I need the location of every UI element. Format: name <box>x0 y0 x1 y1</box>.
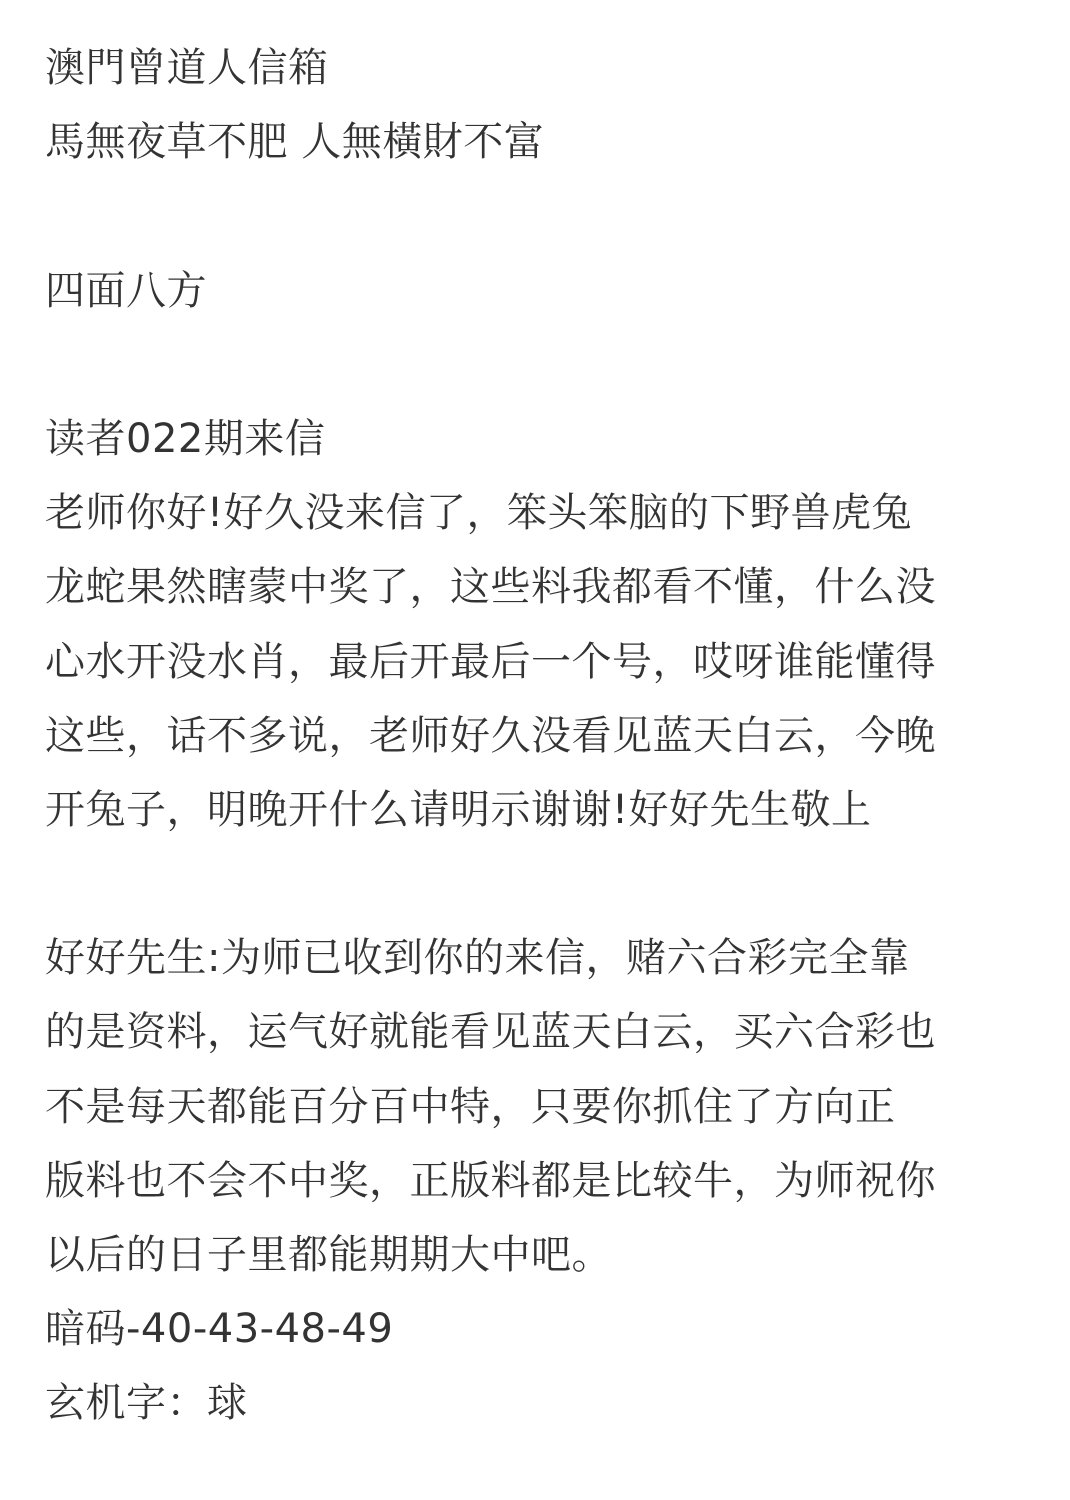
letter-line: 开兔子，明晚开什么请明示谢谢!好好先生敬上 <box>45 773 1045 847</box>
document-title: 澳門曾道人信箱 <box>45 31 1045 105</box>
reply-line: 不是每天都能百分百中特，只要你抓住了方向正 <box>45 1070 1045 1144</box>
letter-heading: 读者022期来信 <box>45 402 1045 476</box>
secret-code: 暗码-40-43-48-49 <box>45 1292 1045 1366</box>
mystery-word: 玄机字：球 <box>45 1366 1045 1440</box>
document-body: 澳門曾道人信箱 馬無夜草不肥 人無橫財不富 四面八方 读者022期来信 老师你好… <box>45 31 1045 1441</box>
spacer <box>45 179 1045 253</box>
reply-line: 的是资料，运气好就能看见蓝天白云，买六合彩也 <box>45 995 1045 1069</box>
reply-line: 版料也不会不中奖，正版料都是比较牛，为师祝你 <box>45 1144 1045 1218</box>
section-heading: 四面八方 <box>45 254 1045 328</box>
letter-line: 龙蛇果然瞎蒙中奖了，这些料我都看不懂，什么没 <box>45 550 1045 624</box>
letter-line: 这些，话不多说，老师好久没看见蓝天白云，今晚 <box>45 699 1045 773</box>
proverb: 馬無夜草不肥 人無橫財不富 <box>45 105 1045 179</box>
letter-line: 老师你好!好久没来信了，笨头笨脑的下野兽虎兔 <box>45 476 1045 550</box>
spacer <box>45 847 1045 921</box>
letter-body: 老师你好!好久没来信了，笨头笨脑的下野兽虎兔 龙蛇果然瞎蒙中奖了，这些料我都看不… <box>45 476 1045 847</box>
spacer <box>45 328 1045 402</box>
reply-line: 以后的日子里都能期期大中吧。 <box>45 1218 1045 1292</box>
reply-body: 好好先生:为师已收到你的来信，赌六合彩完全靠 的是资料，运气好就能看见蓝天白云，… <box>45 921 1045 1292</box>
reply-line: 好好先生:为师已收到你的来信，赌六合彩完全靠 <box>45 921 1045 995</box>
letter-line: 心水开没水肖，最后开最后一个号，哎呀谁能懂得 <box>45 625 1045 699</box>
